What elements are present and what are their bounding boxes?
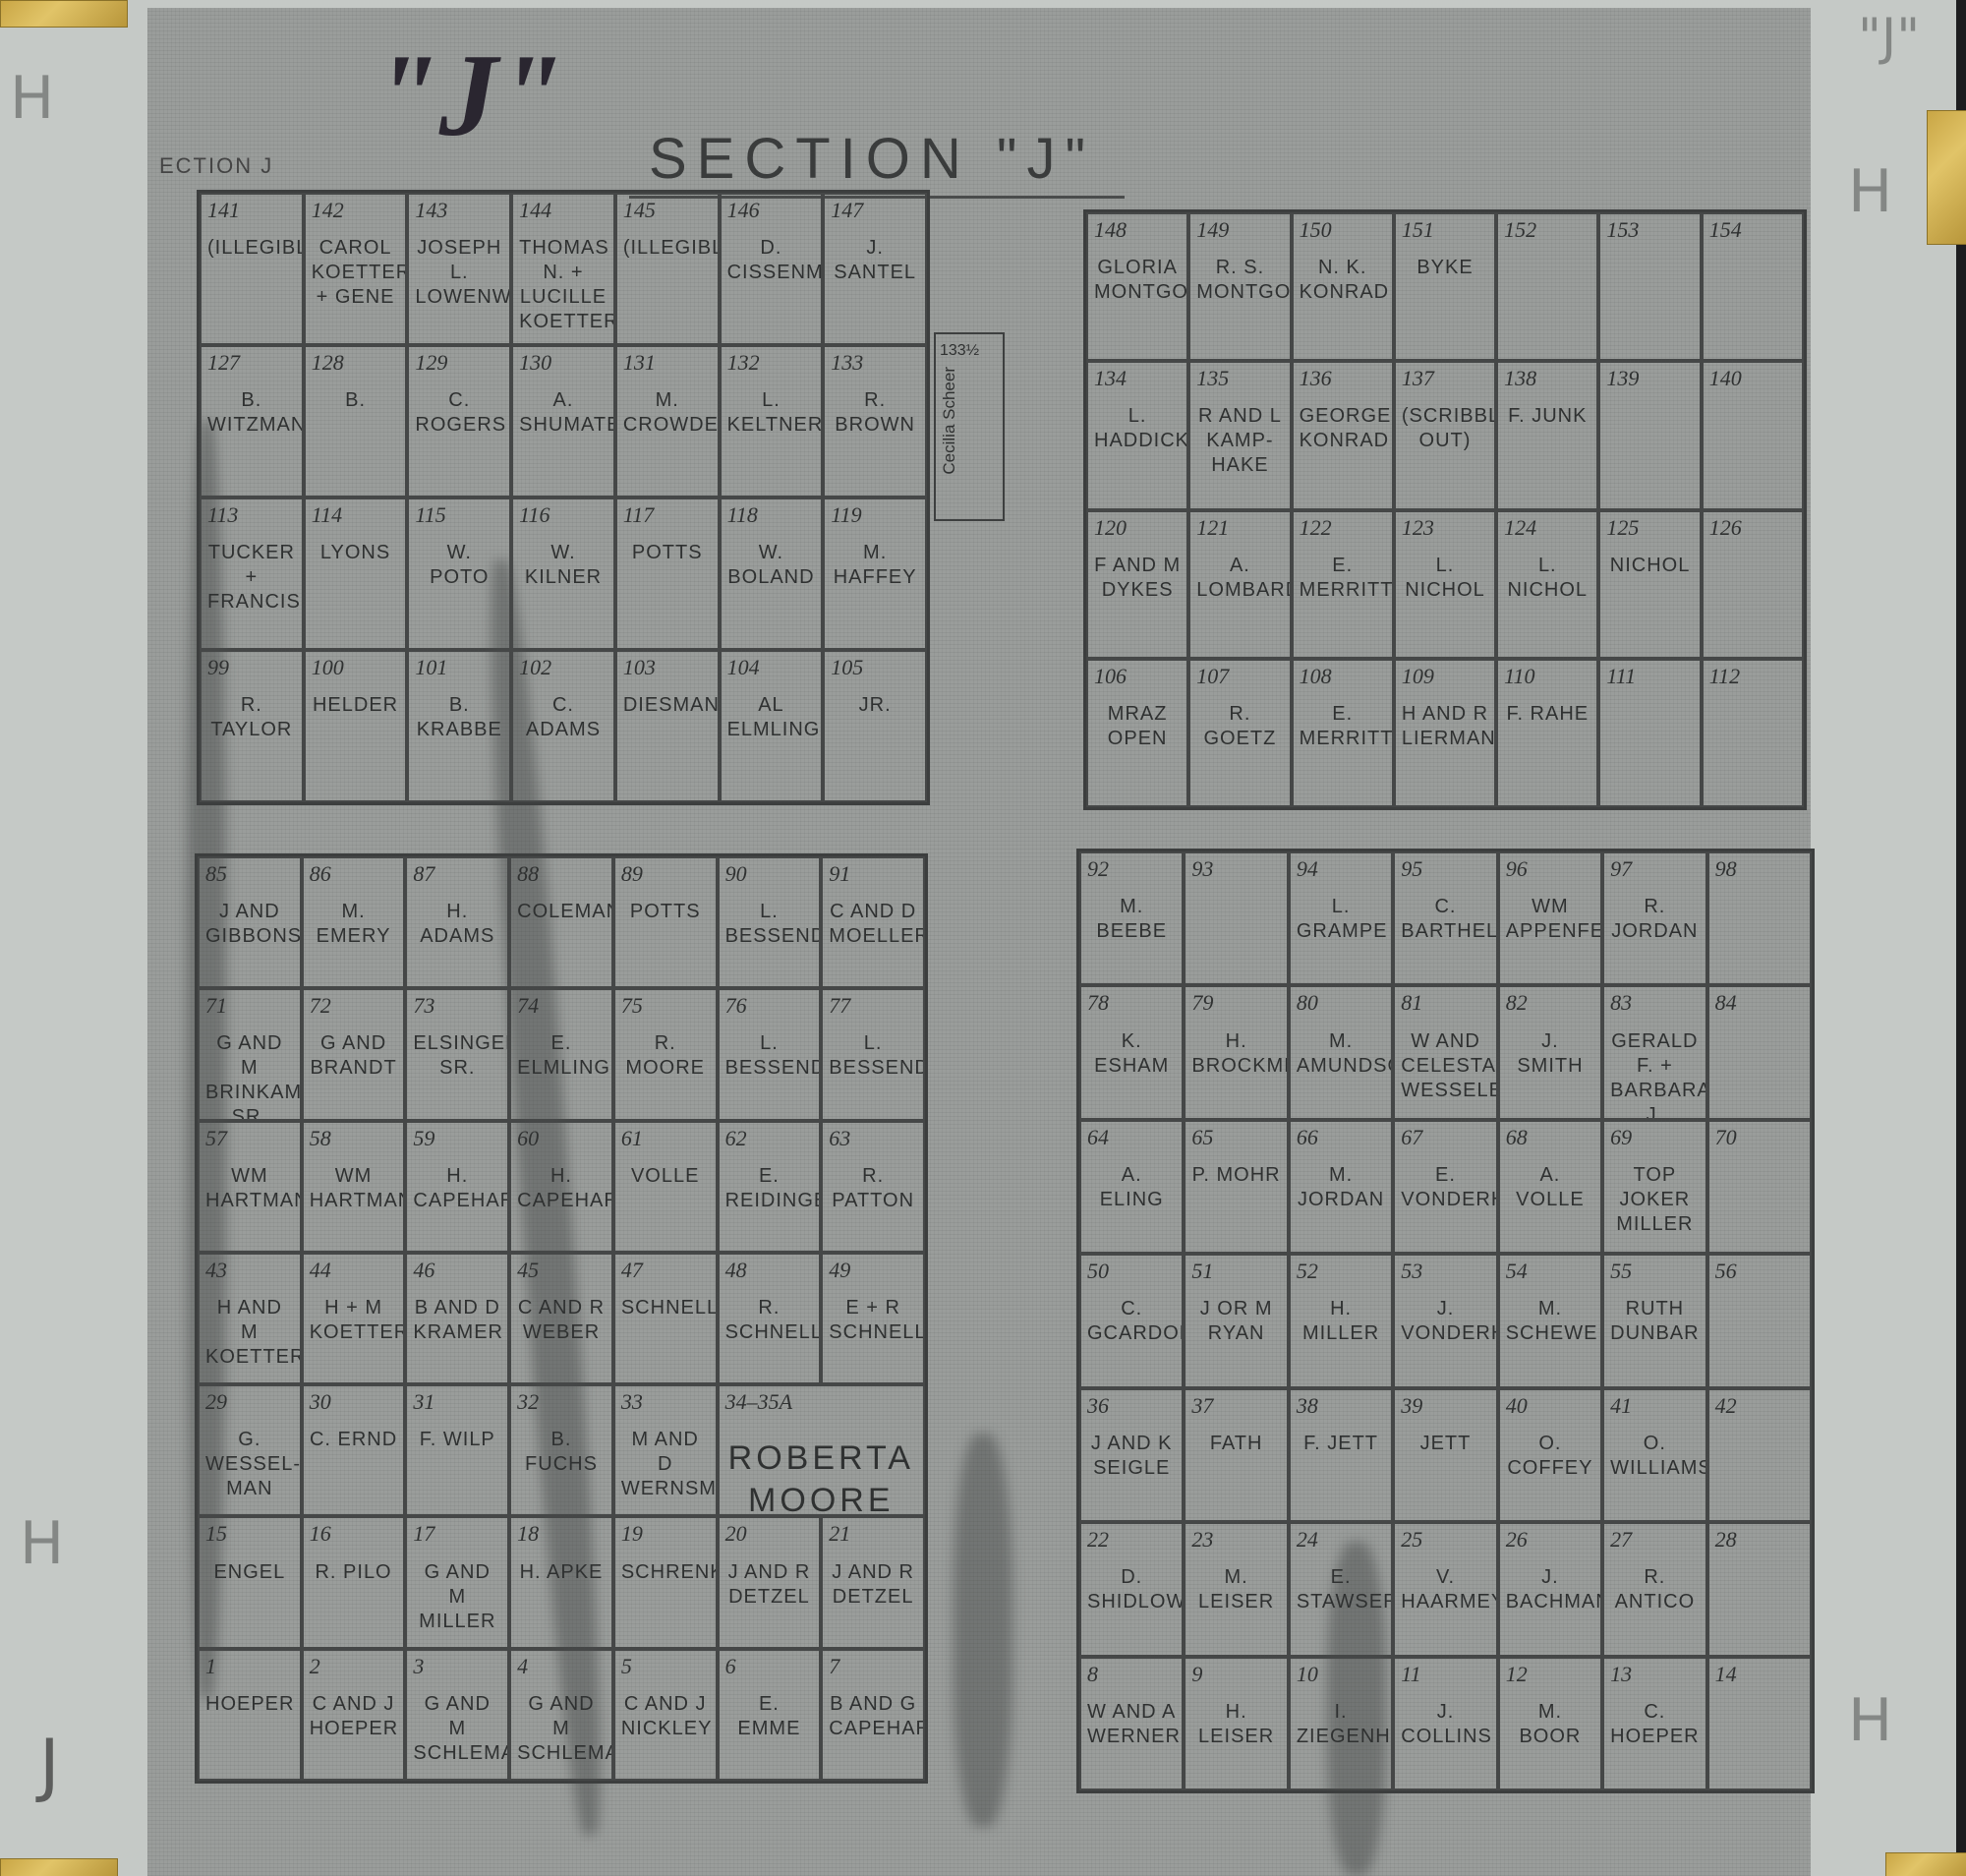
lot-owner: M. Schewe: [1506, 1297, 1594, 1346]
lot-number: 134: [1094, 367, 1181, 390]
lot-number: 97: [1610, 857, 1699, 881]
lot-number: 42: [1715, 1394, 1804, 1418]
lot-cell: 85J and Gibbons: [198, 856, 302, 988]
lot-cell: 14: [1707, 1657, 1812, 1790]
lot-number: 23: [1191, 1528, 1280, 1552]
lot-number: 144: [519, 199, 607, 222]
lot-cell: 95C. Barthel: [1393, 851, 1497, 985]
margin-mark-right-mid: H: [1848, 162, 1892, 221]
lot-owner: L. Nichol: [1402, 554, 1488, 603]
lot-number: 36: [1087, 1394, 1176, 1418]
lot-owner: Volle: [621, 1164, 710, 1189]
lot-owner: Cecilia Scheer: [940, 367, 959, 475]
lot-number: 20: [725, 1522, 814, 1546]
lot-owner: R. Moore: [621, 1031, 710, 1081]
lot-cell: 67E. Vonderhaar: [1393, 1120, 1497, 1254]
lot-cell: 42: [1707, 1388, 1812, 1522]
lot-cell: 6E. Emme: [718, 1649, 822, 1781]
lot-owner: G and Brandt: [310, 1031, 398, 1081]
lot-number: 67: [1401, 1126, 1489, 1149]
lot-cell: 140: [1702, 361, 1804, 509]
lot-cell: 77L. Bessendbach: [821, 988, 925, 1120]
lot-number: 52: [1297, 1260, 1385, 1283]
lot-number: 92: [1087, 857, 1176, 881]
lot-number: 111: [1606, 665, 1693, 688]
lot-owner: W and A Werner: [1087, 1700, 1176, 1749]
lot-cell: 154: [1702, 212, 1804, 361]
lot-number: 73: [413, 994, 501, 1018]
lot-number: 18: [517, 1522, 606, 1546]
lot-cell: 30C. Ernd: [302, 1384, 406, 1516]
lot-number: 77: [829, 994, 917, 1018]
lot-number: 58: [310, 1127, 398, 1150]
lot-number: 71: [205, 994, 294, 1018]
lot-owner: J. Bachman: [1506, 1565, 1594, 1614]
lot-owner: H. Miller: [1297, 1297, 1385, 1346]
lot-cell: 19Schrenker: [613, 1516, 718, 1648]
lot-owner: Carol Koetter + Gene: [312, 236, 400, 310]
lot-cell: 58Wm Hartman: [302, 1121, 406, 1253]
lot-number: 127: [207, 351, 296, 375]
lot-cell: 64A. Eling: [1079, 1120, 1184, 1254]
lot-cell: 7B and G Capehart: [821, 1649, 925, 1781]
lot-number: 41: [1610, 1394, 1699, 1418]
lot-cell: 46B and D Kramer: [405, 1253, 509, 1384]
lot-cell: 116W. Kilner: [511, 498, 615, 650]
lot-cell: 153: [1598, 212, 1701, 361]
lot-number: 44: [310, 1259, 398, 1282]
lot-number: 62: [725, 1127, 814, 1150]
lot-cell: 79H. Brockmeyer: [1184, 985, 1288, 1119]
lot-cell: 62E. Reidinger: [718, 1121, 822, 1253]
lot-number: 131: [623, 351, 712, 375]
lot-owner: Jr.: [831, 693, 919, 718]
lot-number: 61: [621, 1127, 710, 1150]
lot-cell: 131M. Crowder: [615, 345, 720, 498]
lot-owner: J. Collins: [1401, 1700, 1489, 1749]
lot-number: 1: [205, 1655, 294, 1678]
lot-owner: J. Santel: [831, 236, 919, 285]
lot-cell: 127B. Witzman: [200, 345, 304, 498]
lot-owner: J and K Seigle: [1087, 1432, 1176, 1481]
lot-number: 31: [413, 1390, 501, 1414]
lot-cell: 90L. Bessendbach: [718, 856, 822, 988]
lot-cell: 149R. S. Montgomery: [1188, 212, 1291, 361]
lot-number: 24: [1297, 1528, 1385, 1552]
lot-cell: 122E. Merritt: [1292, 510, 1394, 659]
lot-number: 109: [1402, 665, 1488, 688]
lot-cell: 97R. Jordan: [1602, 851, 1706, 985]
lot-number: 80: [1297, 991, 1385, 1015]
lot-number: 105: [831, 656, 919, 679]
lot-owner: H. Leiser: [1191, 1700, 1280, 1749]
lot-number: 69: [1610, 1126, 1699, 1149]
lot-owner: R. Brown: [831, 388, 919, 438]
lot-number: 125: [1606, 516, 1693, 540]
lot-number: 115: [415, 503, 503, 527]
lot-owner: Ruth Dunbar: [1610, 1297, 1699, 1346]
lot-owner: E. Reidinger: [725, 1164, 814, 1213]
lot-number: 108: [1300, 665, 1386, 688]
lot-number: 141: [207, 199, 296, 222]
lot-owner: D. Cissenman: [727, 236, 816, 285]
lot-owner: L. Haddick: [1094, 404, 1181, 453]
lot-owner: Potts: [623, 541, 712, 565]
lot-owner: M. Haffey: [831, 541, 919, 590]
lot-owner: C and J Hoeper: [310, 1692, 398, 1741]
lot-cell: 12M. Boor: [1498, 1657, 1602, 1790]
lot-owner: Schnelle: [621, 1296, 710, 1320]
lot-owner: C and J Nickley: [621, 1692, 710, 1741]
lot-cell: 150N. K. Konrad: [1292, 212, 1394, 361]
lot-cell: 28: [1707, 1522, 1812, 1656]
lot-cell: 109H and R Lierman: [1394, 659, 1496, 807]
lot-number: 29: [205, 1390, 294, 1414]
lot-number: 28: [1715, 1528, 1804, 1552]
lot-owner: F. Jett: [1297, 1432, 1385, 1456]
lot-owner: W. Poto: [415, 541, 503, 590]
lot-owner: Jett: [1401, 1432, 1489, 1456]
lot-cell: 105Jr.: [823, 650, 927, 802]
lot-number: 40: [1506, 1394, 1594, 1418]
lot-cell: 31F. Wilp: [405, 1384, 509, 1516]
lot-owner: L. Keltner: [727, 388, 816, 438]
lot-cell: 144Thomas N. + Lucille Koetter: [511, 193, 615, 345]
lot-owner: G and M Miller: [413, 1560, 501, 1634]
lot-number: 12: [1506, 1663, 1594, 1686]
lot-cell: 3G and M Schleman: [405, 1649, 509, 1781]
lot-number: 96: [1506, 857, 1594, 881]
lot-number: 151: [1402, 218, 1488, 242]
lot-number: 57: [205, 1127, 294, 1150]
corner-clip-bottom-right: [1885, 1852, 1966, 1876]
lot-number: 100: [312, 656, 400, 679]
lot-number: 43: [205, 1259, 294, 1282]
lot-block-northeast: 148Gloria Montgomery149R. S. Montgomery1…: [1083, 209, 1807, 810]
lot-cell: 49E + R Schnelle: [821, 1253, 925, 1384]
lot-cell: 80M. Amundson: [1289, 985, 1393, 1119]
lot-owner: R. Taylor: [207, 693, 296, 742]
lot-cell: 82J. Smith: [1498, 985, 1602, 1119]
lot-cell: 112: [1702, 659, 1804, 807]
lot-number: 129: [415, 351, 503, 375]
lot-owner: E + R Schnelle: [829, 1296, 917, 1345]
lot-cell: 20J and R Detzel: [718, 1516, 822, 1648]
lot-cell: 9H. Leiser: [1184, 1657, 1288, 1790]
lot-number: 74: [517, 994, 606, 1018]
lot-cell: 18H. Apke: [509, 1516, 613, 1648]
lot-owner: Thomas N. + Lucille Koetter: [519, 236, 607, 334]
lot-number: 84: [1715, 991, 1804, 1015]
lot-owner: R. Antico: [1610, 1565, 1699, 1614]
lot-owner: C. Gcardon: [1087, 1297, 1176, 1346]
lot-number: 37: [1191, 1394, 1280, 1418]
lot-owner: Gerald F. + Barbara J. Lohmueller: [1610, 1029, 1699, 1120]
lot-cell: 34–35ARoberta Moore: [718, 1384, 925, 1516]
lot-number: 78: [1087, 991, 1176, 1015]
lot-number: 51: [1191, 1260, 1280, 1283]
lot-number: 39: [1401, 1394, 1489, 1418]
lot-owner: Tucker + Francis: [207, 541, 296, 615]
lot-number: 53: [1401, 1260, 1489, 1283]
lot-owner: Diesman: [623, 693, 712, 718]
lot-number: 136: [1300, 367, 1386, 390]
lot-number: 83: [1610, 991, 1699, 1015]
lot-cell: 76L. Bessendbach: [718, 988, 822, 1120]
lot-owner: Lyons: [312, 541, 400, 565]
lot-cell: 48R. Schnelle: [718, 1253, 822, 1384]
lot-owner: F and M Dykes: [1094, 554, 1181, 603]
lot-number: 27: [1610, 1528, 1699, 1552]
lot-cell: 17G and M Miller: [405, 1516, 509, 1648]
lot-number: 8: [1087, 1663, 1176, 1686]
lot-owner: F. Rahe: [1504, 702, 1590, 727]
lot-cell: 72G and Brandt: [302, 988, 406, 1120]
lot-owner: L. Grampe: [1297, 895, 1385, 944]
margin-mark-left-mid: H: [20, 1514, 64, 1573]
lot-owner: Elsinger Sr.: [413, 1031, 501, 1081]
lot-cell: 123L. Nichol: [1394, 510, 1496, 659]
lot-owner: E. Vonderhaar: [1401, 1163, 1489, 1212]
lot-number: 139: [1606, 367, 1693, 390]
lot-owner: Potts: [621, 900, 710, 924]
lot-cell: 146D. Cissenman: [720, 193, 824, 345]
lot-number: 34–35A: [725, 1390, 917, 1414]
lot-number: 70: [1715, 1126, 1804, 1149]
lot-owner: J and Gibbons: [205, 900, 294, 949]
lot-number: 143: [415, 199, 503, 222]
lot-cell: 55Ruth Dunbar: [1602, 1254, 1706, 1387]
lot-owner: M. Beebe: [1087, 895, 1176, 944]
lot-cell: 152: [1496, 212, 1598, 361]
lot-number: 126: [1709, 516, 1796, 540]
corner-clip-top-left: [0, 0, 128, 28]
lot-number: 90: [725, 862, 814, 886]
lot-owner: Joseph L. Lowenwell: [415, 236, 503, 310]
lot-cell: 50C. Gcardon: [1079, 1254, 1184, 1387]
lot-cell: 101B. Krabbe: [407, 650, 511, 802]
lot-number: 4: [517, 1655, 606, 1678]
lot-number: 21: [829, 1522, 917, 1546]
lot-owner: Hoeper: [205, 1692, 294, 1717]
lot-number: 130: [519, 351, 607, 375]
lot-owner: Wm Appenfelder: [1506, 895, 1594, 944]
lot-cell: 75R. Moore: [613, 988, 718, 1120]
lot-cell: 36J and K Seigle: [1079, 1388, 1184, 1522]
lot-cell: 4G and M Schleman: [509, 1649, 613, 1781]
lot-owner: J and R Detzel: [829, 1560, 917, 1610]
lot-owner: M and D Wernsmeyer: [621, 1428, 710, 1501]
lot-number: 95: [1401, 857, 1489, 881]
lot-owner: R. Schnelle: [725, 1296, 814, 1345]
lot-cell: 86M. Emery: [302, 856, 406, 988]
lot-number: 76: [725, 994, 814, 1018]
lot-number: 121: [1196, 516, 1283, 540]
lot-owner: K. Esham: [1087, 1029, 1176, 1079]
lot-owner: Helder: [312, 693, 400, 718]
lot-number: 16: [310, 1522, 398, 1546]
lot-owner: M. Jordan: [1297, 1163, 1385, 1212]
lot-owner: V. Haarmeyer: [1401, 1565, 1489, 1614]
lot-cell: 83Gerald F. + Barbara J. Lohmueller: [1602, 985, 1706, 1119]
lot-cell: 107R. Goetz: [1188, 659, 1291, 807]
lot-cell: 56: [1707, 1254, 1812, 1387]
lot-number: 137: [1402, 367, 1488, 390]
lot-cell: 74E. Elmlinger: [509, 988, 613, 1120]
lot-owner: Top Joker Miller: [1610, 1163, 1699, 1237]
lot-cell: 10I. Ziegenhorn: [1289, 1657, 1393, 1790]
map-title: SECTION "J": [629, 126, 1125, 199]
lot-cell: 138F. Junk: [1496, 361, 1598, 509]
lot-number: 65: [1191, 1126, 1280, 1149]
lot-cell: 57Wm Hartman: [198, 1121, 302, 1253]
lot-owner: C. Hoeper: [1610, 1700, 1699, 1749]
margin-mark-bottom-left: J: [39, 1730, 60, 1799]
lot-number: 148: [1094, 218, 1181, 242]
lot-owner: G and M Brinkamp Sr.: [205, 1031, 294, 1120]
lot-owner: B and D Kramer: [413, 1296, 501, 1345]
lot-number: 128: [312, 351, 400, 375]
lot-number: 56: [1715, 1260, 1804, 1283]
lot-owner: R. Goetz: [1196, 702, 1283, 751]
lot-number: 79: [1191, 991, 1280, 1015]
lot-cell: 15Engel: [198, 1516, 302, 1648]
lot-cell: 44H + M Koetter: [302, 1253, 406, 1384]
lot-number: 118: [727, 503, 816, 527]
lot-cell: 78K. Esham: [1079, 985, 1184, 1119]
lot-owner: Schrenker: [621, 1560, 710, 1585]
lot-owner: H and R Lierman: [1402, 702, 1488, 751]
lot-owner: Roberta Moore: [725, 1437, 917, 1516]
lot-number: 140: [1709, 367, 1796, 390]
lot-number: 25: [1401, 1528, 1489, 1552]
lot-number: 30: [310, 1390, 398, 1414]
lot-owner: H. Capehart: [517, 1164, 606, 1213]
lot-number: 13: [1610, 1663, 1699, 1686]
lot-block-northwest: 141(illegible)142Carol Koetter + Gene143…: [197, 190, 930, 805]
lot-owner: Gloria Montgomery: [1094, 256, 1181, 305]
lot-number: 135: [1196, 367, 1283, 390]
lot-cell: 2C and J Hoeper: [302, 1649, 406, 1781]
lot-cell: 130A. Shumate: [511, 345, 615, 498]
lot-owner: B. Fuchs: [517, 1428, 606, 1477]
lot-cell: 114Lyons: [304, 498, 408, 650]
lot-cell: 52H. Miller: [1289, 1254, 1393, 1387]
lot-cell: 132L. Keltner: [720, 345, 824, 498]
lot-cell: 141(illegible): [200, 193, 304, 345]
lot-cell: 148Gloria Montgomery: [1086, 212, 1188, 361]
lot-owner: M. Leiser: [1191, 1565, 1280, 1614]
lot-owner: M. Boor: [1506, 1700, 1594, 1749]
water-stain: [954, 1434, 1012, 1827]
lot-number: 22: [1087, 1528, 1176, 1552]
lot-number: 17: [413, 1522, 501, 1546]
lot-number: 14: [1715, 1663, 1804, 1686]
lot-number: 64: [1087, 1126, 1176, 1149]
lot-number: 66: [1297, 1126, 1385, 1149]
lot-number: 132: [727, 351, 816, 375]
lot-cell: 69Top Joker Miller: [1602, 1120, 1706, 1254]
lot-owner: B. Witzman: [207, 388, 296, 438]
lot-cell: 124L. Nichol: [1496, 510, 1598, 659]
lot-cell: 21J and R Detzel: [821, 1516, 925, 1648]
lot-number: 116: [519, 503, 607, 527]
lot-number: 102: [519, 656, 607, 679]
lot-cell: 143Joseph L. Lowenwell: [407, 193, 511, 345]
lot-cell: 26J. Bachman: [1498, 1522, 1602, 1656]
lot-cell: 126: [1702, 510, 1804, 659]
lot-owner: C. Adams: [519, 693, 607, 742]
lot-owner: E. Emme: [725, 1692, 814, 1741]
lot-owner: D. Shidlowski: [1087, 1565, 1176, 1614]
lot-cell: 134L. Haddick: [1086, 361, 1188, 509]
lot-owner: George Konrad: [1300, 404, 1386, 453]
lot-cell: 94L. Grampe: [1289, 851, 1393, 985]
lot-owner: W. Kilner: [519, 541, 607, 590]
lot-number: 48: [725, 1259, 814, 1282]
lot-number: 88: [517, 862, 606, 886]
lot-cell: 27R. Antico: [1602, 1522, 1706, 1656]
lot-cell: 38F. Jett: [1289, 1388, 1393, 1522]
lot-note-133-half: 133½ Cecilia Scheer: [934, 332, 1005, 521]
lot-cell: 73Elsinger Sr.: [405, 988, 509, 1120]
lot-owner: G. Wessel-man: [205, 1428, 294, 1501]
lot-cell: 129C. Rogers: [407, 345, 511, 498]
lot-cell: 59H. Capehart: [405, 1121, 509, 1253]
lot-cell: 40O. Coffey: [1498, 1388, 1602, 1522]
lot-owner: M. Crowder: [623, 388, 712, 438]
lot-owner: H + M Koetter: [310, 1296, 398, 1345]
lot-cell: 84: [1707, 985, 1812, 1119]
corner-clip-top-right: [1927, 110, 1966, 245]
lot-owner: Coleman: [517, 900, 606, 924]
lot-owner: L. Nichol: [1504, 554, 1590, 603]
lot-number: 133: [831, 351, 919, 375]
lot-cell: 63R. Patton: [821, 1121, 925, 1253]
lot-number: 38: [1297, 1394, 1385, 1418]
lot-number: 46: [413, 1259, 501, 1282]
lot-number: 47: [621, 1259, 710, 1282]
lot-owner: P. Mohr: [1191, 1163, 1280, 1188]
lot-cell: 91C and D Moeller: [821, 856, 925, 988]
plat-map-sheet: ECTION J "J" SECTION "J" 141(illegible)1…: [147, 8, 1811, 1876]
lot-number: 54: [1506, 1260, 1594, 1283]
lot-owner: B and G Capehart: [829, 1692, 917, 1741]
lot-owner: F. Wilp: [413, 1428, 501, 1452]
lot-cell: 70: [1707, 1120, 1812, 1254]
lot-cell: 139: [1598, 361, 1701, 509]
lot-owner: J. Vonderhaar: [1401, 1297, 1489, 1346]
lot-owner: E. Merritt: [1300, 702, 1386, 751]
lot-owner: O. Coffey: [1506, 1432, 1594, 1481]
lot-number: 119: [831, 503, 919, 527]
lot-cell: 43H and M Koetter: [198, 1253, 302, 1384]
lot-cell: 93: [1184, 851, 1288, 985]
lot-number: 133½: [940, 342, 979, 359]
lot-owner: W. Boland: [727, 541, 816, 590]
lot-cell: 16R. Pilo: [302, 1516, 406, 1648]
lot-owner: A. Lombardi: [1196, 554, 1283, 603]
lot-number: 3: [413, 1655, 501, 1678]
lot-cell: 111: [1598, 659, 1701, 807]
lot-cell: 115W. Poto: [407, 498, 511, 650]
lot-owner: M. Amundson: [1297, 1029, 1385, 1079]
lot-owner: Al Elmlinger: [727, 693, 816, 742]
lot-number: 45: [517, 1259, 606, 1282]
lot-owner: O. Williams: [1610, 1432, 1699, 1481]
lot-owner: E. Elmlinger: [517, 1031, 606, 1081]
lot-owner: H. Capehart: [413, 1164, 501, 1213]
